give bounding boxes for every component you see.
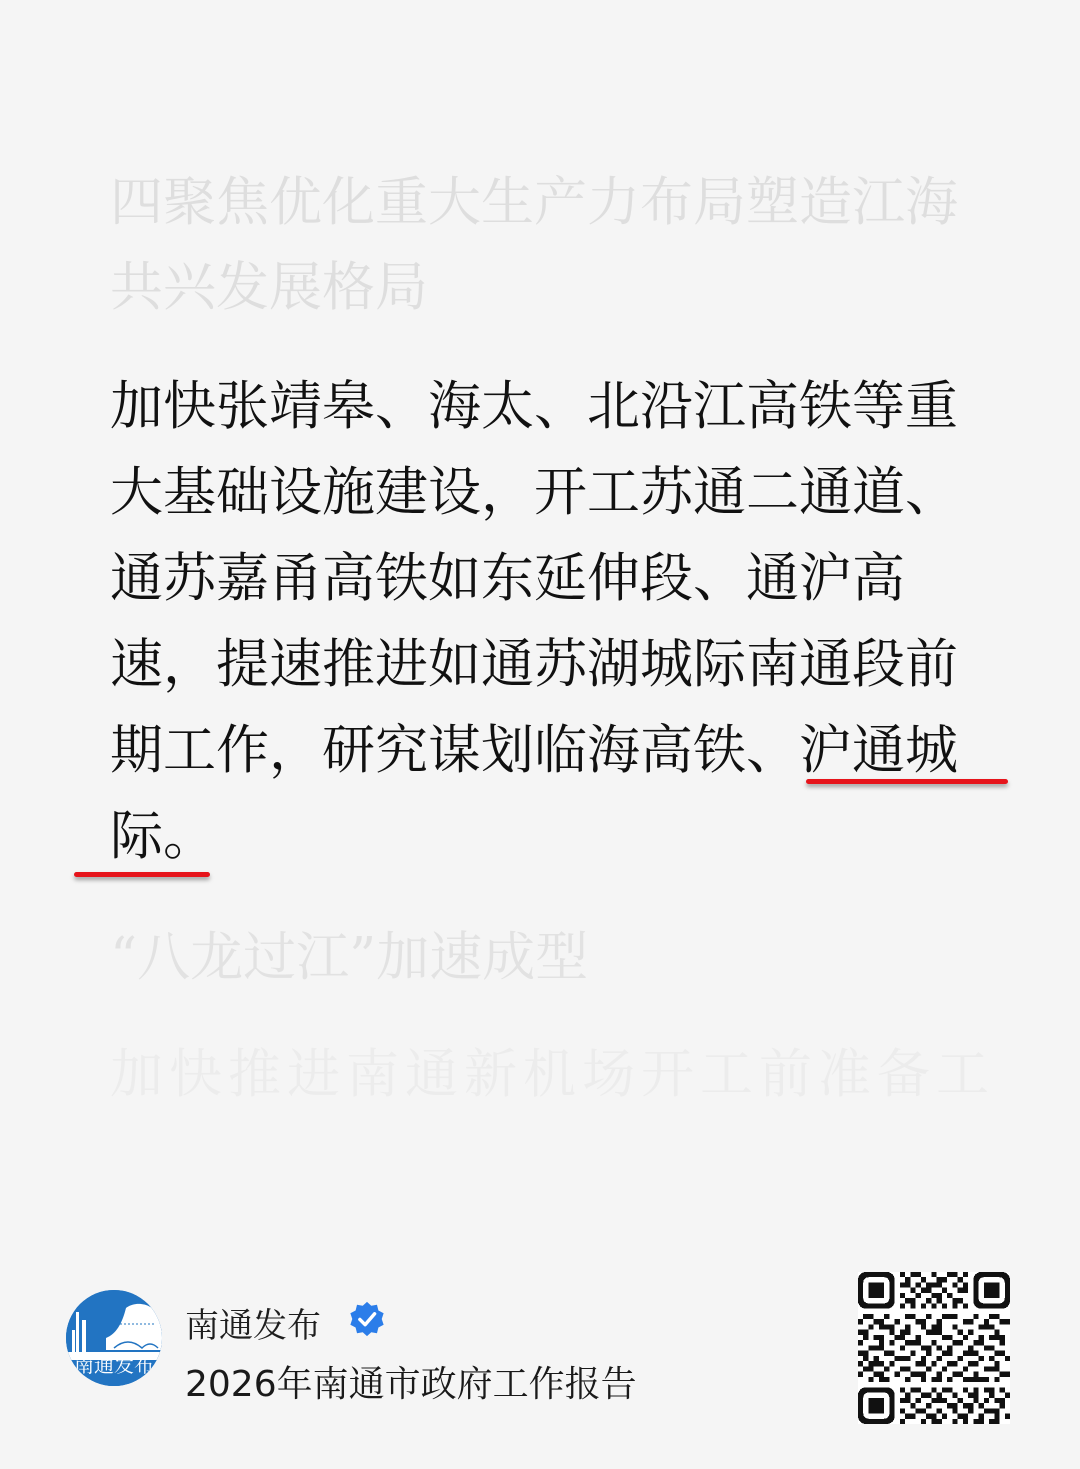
faded-heading-line-2: 共兴发展格局 bbox=[110, 261, 428, 314]
faded-heading-line-1: 四聚焦优化重大生产力布局塑造江海 bbox=[110, 176, 958, 229]
body-line-2: 大基础设施建设，开工苏通二通道、 bbox=[110, 466, 958, 519]
avatar-label: 南通发布 bbox=[66, 1349, 162, 1378]
account-avatar[interactable]: 南通发布 bbox=[66, 1290, 162, 1386]
body-line-1: 加快张靖皋、海太、北沿江高铁等重 bbox=[110, 380, 958, 433]
faded-next-line: 加快推进南通新机场开工前准备工 bbox=[110, 1048, 995, 1101]
verified-badge-icon bbox=[348, 1300, 386, 1338]
body-line-3: 通苏嘉甬高铁如东延伸段、通沪高 bbox=[110, 552, 905, 605]
body-line-5: 期工作，研究谋划临海高铁、沪通城 bbox=[110, 724, 958, 777]
highlight-underline-2 bbox=[74, 872, 210, 877]
body-line-4: 速，提速推进如通苏湖城际南通段前 bbox=[110, 638, 958, 691]
qr-code-icon[interactable] bbox=[858, 1272, 1010, 1424]
faded-subheading: “八龙过江”加速成型 bbox=[110, 931, 588, 984]
highlight-underline-1 bbox=[806, 779, 1008, 784]
body-line-6: 际。 bbox=[110, 810, 216, 863]
report-title: 2026年南通市政府工作报告 bbox=[185, 1356, 637, 1407]
account-name[interactable]: 南通发布 bbox=[185, 1298, 321, 1347]
